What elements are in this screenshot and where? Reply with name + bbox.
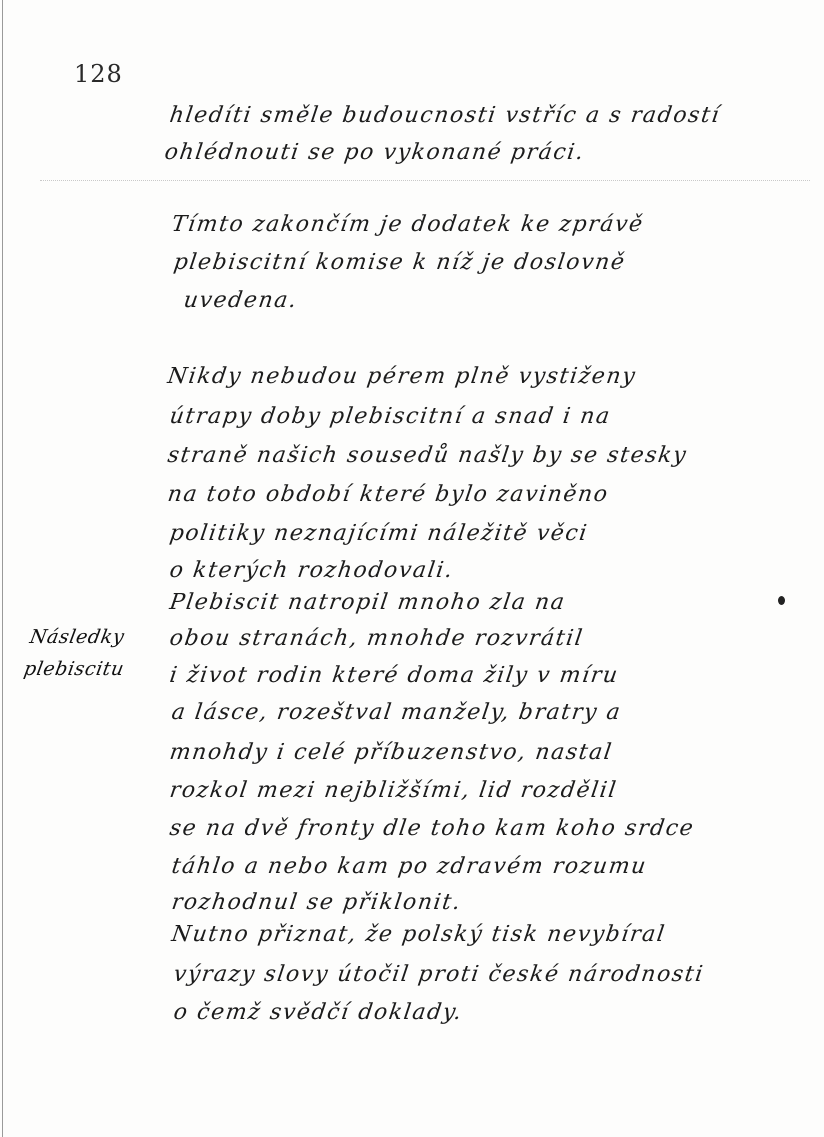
text-line: se na dvě fronty dle toho kam koho srdce [168, 816, 696, 841]
text-line: Tímto zakončím je dodatek ke zprávě [170, 212, 645, 237]
text-line: a lásce, rozeštval manžely, bratry a [170, 700, 623, 725]
text-line: táhlo a nebo kam po zdravém rozumu [170, 854, 649, 879]
text-line: obou stranách, mnohde rozvrátil [168, 626, 585, 651]
ink-blot [778, 596, 785, 605]
margin-note: plebiscitu [22, 658, 126, 680]
text-line: na toto období které bylo zaviněno [166, 482, 610, 507]
text-line: plebiscitní komise k níž je doslovně [172, 250, 627, 275]
text-line: Nikdy nebudou pérem plně vystiženy [166, 364, 638, 389]
text-line: politiky neznajícími náležitě věci [168, 521, 590, 546]
text-line: rozkol mezi nejbližšími, lid rozdělil [168, 778, 619, 803]
page-edge [2, 0, 3, 1137]
page-number: 128 [74, 60, 123, 88]
text-line: ohlédnouti se po vykonané práci. [163, 140, 586, 165]
text-line: i život rodin které doma žily v míru [168, 663, 620, 688]
text-line: útrapy doby plebiscitní a snad i na [168, 404, 613, 429]
manuscript-page: 128 hledíti směle budoucnosti vstříc a s… [0, 0, 824, 1137]
text-line: o kterých rozhodovali. [168, 558, 455, 583]
text-line: straně našich sousedů našly by se stesky [166, 443, 689, 468]
text-line: rozhodnul se přiklonit. [170, 890, 463, 915]
margin-note: Následky [28, 626, 126, 648]
text-line: o čemž svědčí doklady. [172, 1000, 464, 1025]
faint-rule [40, 180, 810, 181]
text-line: uvedena. [182, 288, 299, 313]
text-line: hledíti směle budoucnosti vstříc a s rad… [168, 103, 722, 128]
text-line: výrazy slovy útočil proti české národnos… [172, 962, 706, 987]
text-line: mnohdy i celé příbuzenstvo, nastal [168, 740, 614, 765]
text-line: Plebiscit natropil mnoho zla na [168, 590, 567, 615]
text-line: Nutno přiznat, že polský tisk nevybíral [170, 922, 667, 947]
